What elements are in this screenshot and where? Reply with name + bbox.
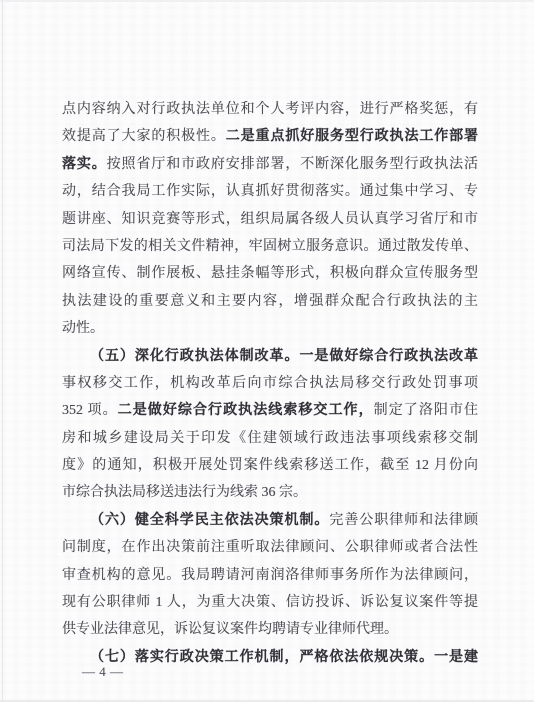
text-run: 按照省厅和市政府安排部署，不断深化服务型行政执法活 xyxy=(107,157,478,172)
text-line: 动性。 xyxy=(62,315,478,342)
text-line: 供专业法律意见，诉讼复议案件均聘请专业律师代理。 xyxy=(62,616,478,643)
text-line: （七）落实行政决策工作机制，严格依法依规决策。一是建 xyxy=(62,644,478,671)
text-run: 网络宣传、制作展板、悬挂条幅等形式，积极向群众宣传服务型 xyxy=(62,266,478,281)
text-line: 司法局下发的相关文件精神，牢固树立服务意识。通过散发传单、 xyxy=(62,233,478,260)
text-run: 现有公职律师 1 人，为重大决策、信访投诉、诉讼复议案件等提 xyxy=(62,595,478,610)
text-line: 落实。按照省厅和市政府安排部署，不断深化服务型行政执法活 xyxy=(62,151,478,178)
text-run: 审查机构的意见。我局聘请河南润洛律师事务所作为法律顾问， xyxy=(62,568,478,583)
text-line: 事权移交工作，机构改革后向市综合执法局移交行政处罚事项 xyxy=(62,370,478,397)
text-run: 市综合执法局移送违法行为线索 36 宗。 xyxy=(62,485,307,500)
text-line: 执法建设的重要意义和主要内容，增强群众配合行政执法的主 xyxy=(62,288,478,315)
text-line: 度》的通知，积极开展处罚案件线索移送工作，截至 12 月份向 xyxy=(62,452,478,479)
text-line: （六）健全科学民主依法决策机制。完善公职律师和法律顾 xyxy=(62,507,478,534)
bold-text-run: 二是重点抓好服务型行政执法工作部署 xyxy=(226,129,478,144)
text-run: 动性。 xyxy=(62,321,104,336)
text-run: 问制度，在作出决策前注重听取法律顾问、公职律师或者合法性 xyxy=(62,540,478,555)
text-run: 点内容纳入对行政执法单位和个人考评内容，进行严格奖惩，有 xyxy=(62,102,478,117)
text-run: 度》的通知，积极开展处罚案件线索移送工作，截至 12 月份向 xyxy=(62,458,478,473)
text-line: 动，结合我局工作实际，认真抓好贯彻落实。通过集中学习、专 xyxy=(62,178,478,205)
text-line: 网络宣传、制作展板、悬挂条幅等形式，积极向群众宣传服务型 xyxy=(62,260,478,287)
text-run: 供专业法律意见，诉讼复议案件均聘请专业律师代理。 xyxy=(62,622,398,637)
text-run: 制定了洛阳市住 xyxy=(374,403,478,418)
text-run: 效提高了大家的积极性。 xyxy=(62,129,226,144)
text-line: 题讲座、知识竞赛等形式，组织局属各级人员认真学习省厅和市 xyxy=(62,206,478,233)
text-line: 点内容纳入对行政执法单位和个人考评内容，进行严格奖惩，有 xyxy=(62,96,478,123)
bold-text-run: （六）健全科学民主依法决策机制。 xyxy=(90,513,329,528)
text-run: 司法局下发的相关文件精神，牢固树立服务意识。通过散发传单、 xyxy=(62,239,478,254)
text-run: 完善公职律师和法律顾 xyxy=(329,513,478,528)
text-run: 执法建设的重要意义和主要内容，增强群众配合行政执法的主 xyxy=(62,294,478,309)
text-line: （五）深化行政执法体制改革。一是做好综合行政执法改革 xyxy=(62,343,478,370)
bold-text-run: （五）深化行政执法体制改革。一是做好综合行政执法改革 xyxy=(90,349,478,364)
text-run: 房和城乡建设局关于印发《住建领域行政违法事项线索移交制 xyxy=(62,431,478,446)
text-line: 审查机构的意见。我局聘请河南润洛律师事务所作为法律顾问， xyxy=(62,562,478,589)
text-line: 现有公职律师 1 人，为重大决策、信访投诉、诉讼复议案件等提 xyxy=(62,589,478,616)
text-run: 题讲座、知识竞赛等形式，组织局属各级人员认真学习省厅和市 xyxy=(62,212,478,227)
scan-edge-top xyxy=(0,0,534,2)
scan-edge-left xyxy=(2,0,3,702)
bold-text-run: 落实。 xyxy=(62,157,107,172)
text-line: 效提高了大家的积极性。二是重点抓好服务型行政执法工作部署 xyxy=(62,123,478,150)
bold-text-run: 二是做好综合行政执法线索移交工作， xyxy=(118,403,374,418)
page-number: — 4 — xyxy=(82,663,124,681)
text-line: 问制度，在作出决策前注重听取法律顾问、公职律师或者合法性 xyxy=(62,534,478,561)
text-run: 动，结合我局工作实际，认真抓好贯彻落实。通过集中学习、专 xyxy=(62,184,478,199)
document-text: 点内容纳入对行政执法单位和个人考评内容，进行严格奖惩，有效提高了大家的积极性。二… xyxy=(62,96,478,671)
text-line: 352 项。二是做好综合行政执法线索移交工作，制定了洛阳市住 xyxy=(62,397,478,424)
text-line: 市综合执法局移送违法行为线索 36 宗。 xyxy=(62,479,478,506)
bold-text-run: （七）落实行政决策工作机制，严格依法依规决策。一是建 xyxy=(90,650,478,665)
scanned-page: 点内容纳入对行政执法单位和个人考评内容，进行严格奖惩，有效提高了大家的积极性。二… xyxy=(0,0,534,702)
text-line: 房和城乡建设局关于印发《住建领域行政违法事项线索移交制 xyxy=(62,425,478,452)
text-run: 352 项。 xyxy=(62,403,118,418)
text-run: 事权移交工作，机构改革后向市综合执法局移交行政处罚事项 xyxy=(62,376,478,391)
